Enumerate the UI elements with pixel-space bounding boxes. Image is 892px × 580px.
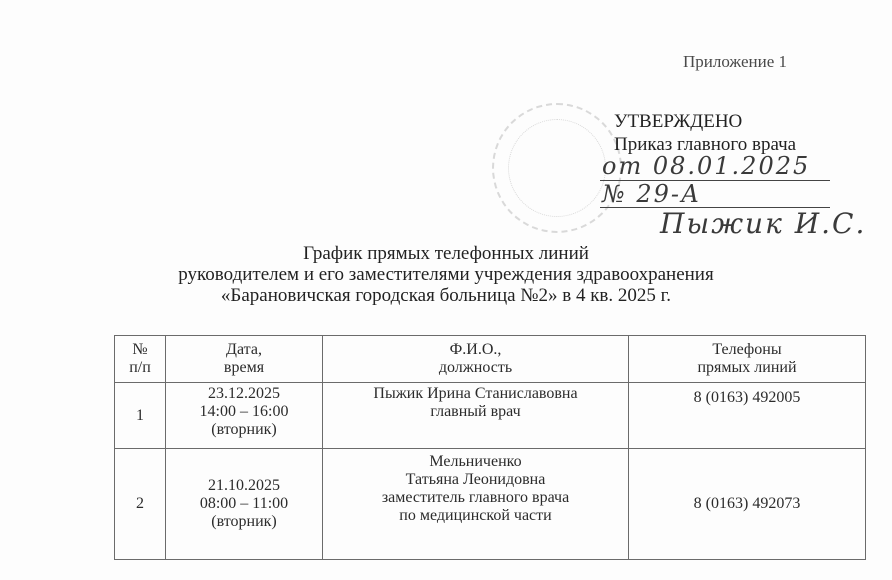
row-date-time: 21.10.2025 08:00 – 11:00 (вторник) <box>166 449 323 560</box>
appendix-label: Приложение 1 <box>683 52 787 72</box>
header-name-position: Ф.И.О., должность <box>323 336 629 383</box>
document-title: График прямых телефонных линий руководит… <box>0 243 892 306</box>
handwritten-date: от 08.01.2025 <box>602 152 810 180</box>
row-phone: 8 (0163) 492073 <box>629 449 866 560</box>
approval-block: УТВЕРЖДЕНО Приказ главного врача <box>614 110 796 156</box>
title-line-1: График прямых телефонных линий <box>0 243 892 264</box>
handwritten-number: № 29-А <box>602 180 701 208</box>
row-name-position: Мельниченко Татьяна Леонидовна заместите… <box>323 449 629 560</box>
header-date-time: Дата, время <box>166 336 323 383</box>
header-number: № п/п <box>115 336 166 383</box>
row-number: 1 <box>115 383 166 449</box>
title-line-2: руководителем и его заместителями учрежд… <box>0 264 892 285</box>
row-date-time: 23.12.2025 14:00 – 16:00 (вторник) <box>166 383 323 449</box>
header-phones: Телефоны прямых линий <box>629 336 866 383</box>
row-phone: 8 (0163) 492005 <box>629 383 866 449</box>
signature: Пыжик И.С. <box>660 207 866 240</box>
table-header-row: № п/п Дата, время Ф.И.О., должность Теле… <box>115 336 866 383</box>
table-row: 2 21.10.2025 08:00 – 11:00 (вторник) Мел… <box>115 449 866 560</box>
approved-label: УТВЕРЖДЕНО <box>614 110 796 133</box>
row-name-position: Пыжик Ирина Станиславовна главный врач <box>323 383 629 449</box>
row-number: 2 <box>115 449 166 560</box>
title-line-3: «Барановичская городская больница №2» в … <box>0 285 892 306</box>
schedule-table: № п/п Дата, время Ф.И.О., должность Теле… <box>114 335 866 560</box>
table-row: 1 23.12.2025 14:00 – 16:00 (вторник) Пыж… <box>115 383 866 449</box>
